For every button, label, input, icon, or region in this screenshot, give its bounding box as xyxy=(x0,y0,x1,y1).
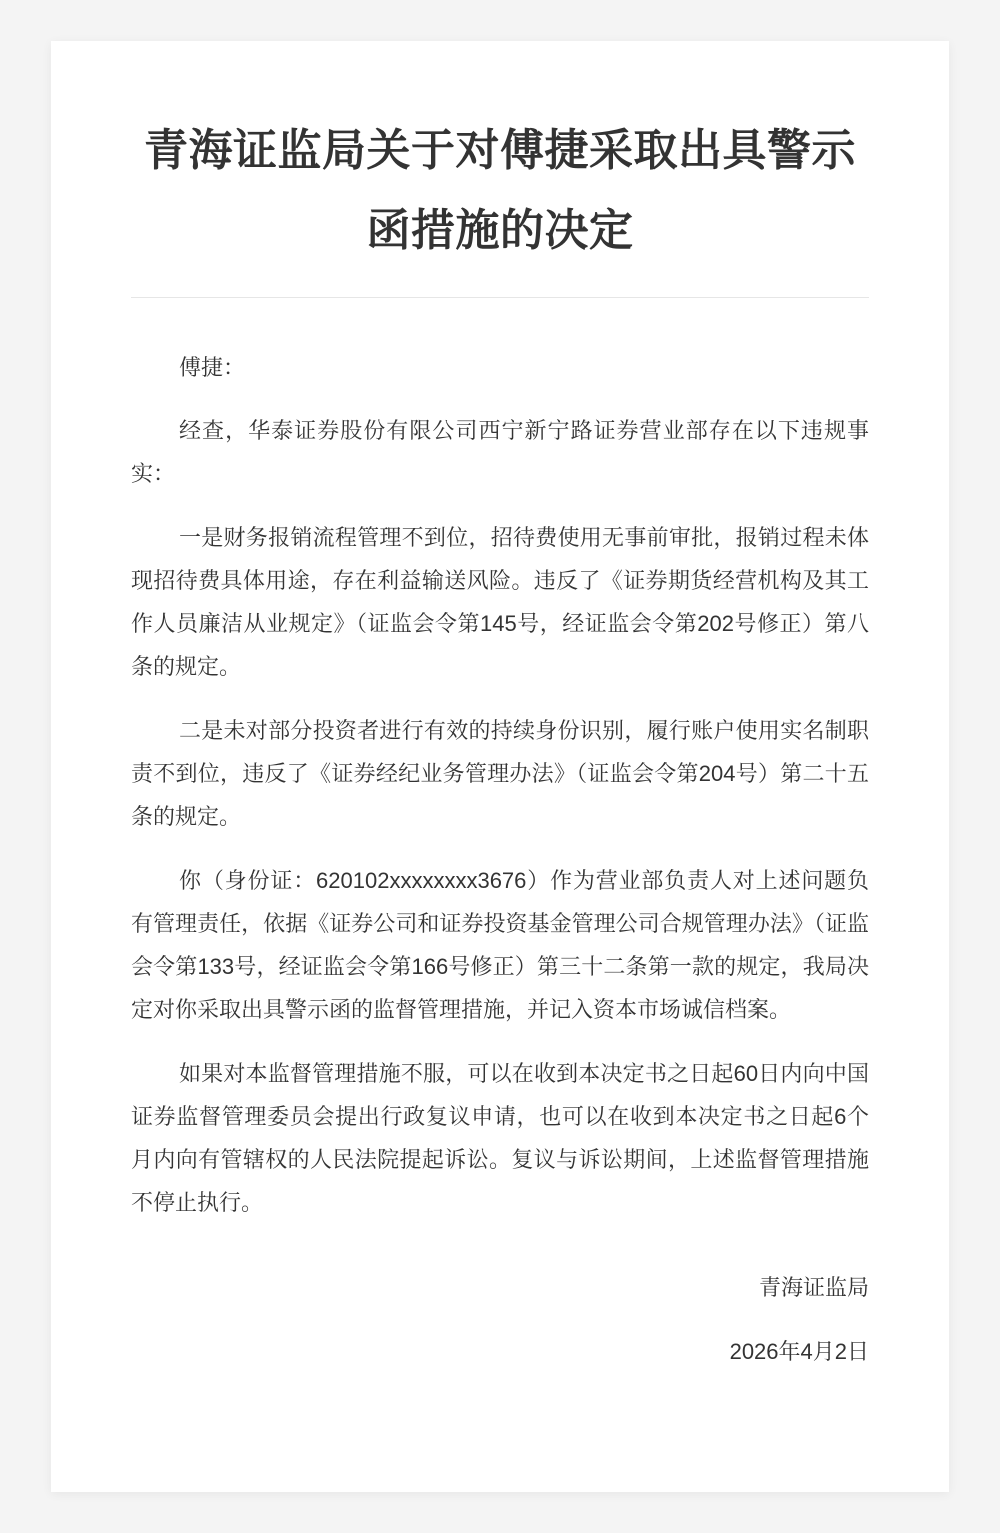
salutation: 傅捷： xyxy=(131,346,869,389)
issuer-signature: 青海证监局 xyxy=(131,1266,869,1309)
paragraph-violation-one: 一是财务报销流程管理不到位，招待费使用无事前审批，报销过程未体现招待费具体用途，… xyxy=(131,516,869,688)
paragraph-appeal-rights: 如果对本监督管理措施不服，可以在收到本决定书之日起60日内向中国证券监督管理委员… xyxy=(131,1052,869,1224)
paragraph-violation-two: 二是未对部分投资者进行有效的持续身份识别，履行账户使用实名制职责不到位，违反了《… xyxy=(131,709,869,838)
document-body: 傅捷： 经查，华泰证券股份有限公司西宁新宁路证券营业部存在以下违规事实： 一是财… xyxy=(131,298,869,1373)
document-card: 青海证监局关于对傅捷采取出具警示函措施的决定 傅捷： 经查，华泰证券股份有限公司… xyxy=(51,41,949,1492)
paragraph-decision: 你（身份证：620102xxxxxxxx3676）作为营业部负责人对上述问题负有… xyxy=(131,859,869,1031)
document-title: 青海证监局关于对傅捷采取出具警示函措施的决定 xyxy=(131,41,869,271)
issue-date: 2026年4月2日 xyxy=(131,1330,869,1373)
paragraph-findings-intro: 经查，华泰证券股份有限公司西宁新宁路证券营业部存在以下违规事实： xyxy=(131,409,869,495)
